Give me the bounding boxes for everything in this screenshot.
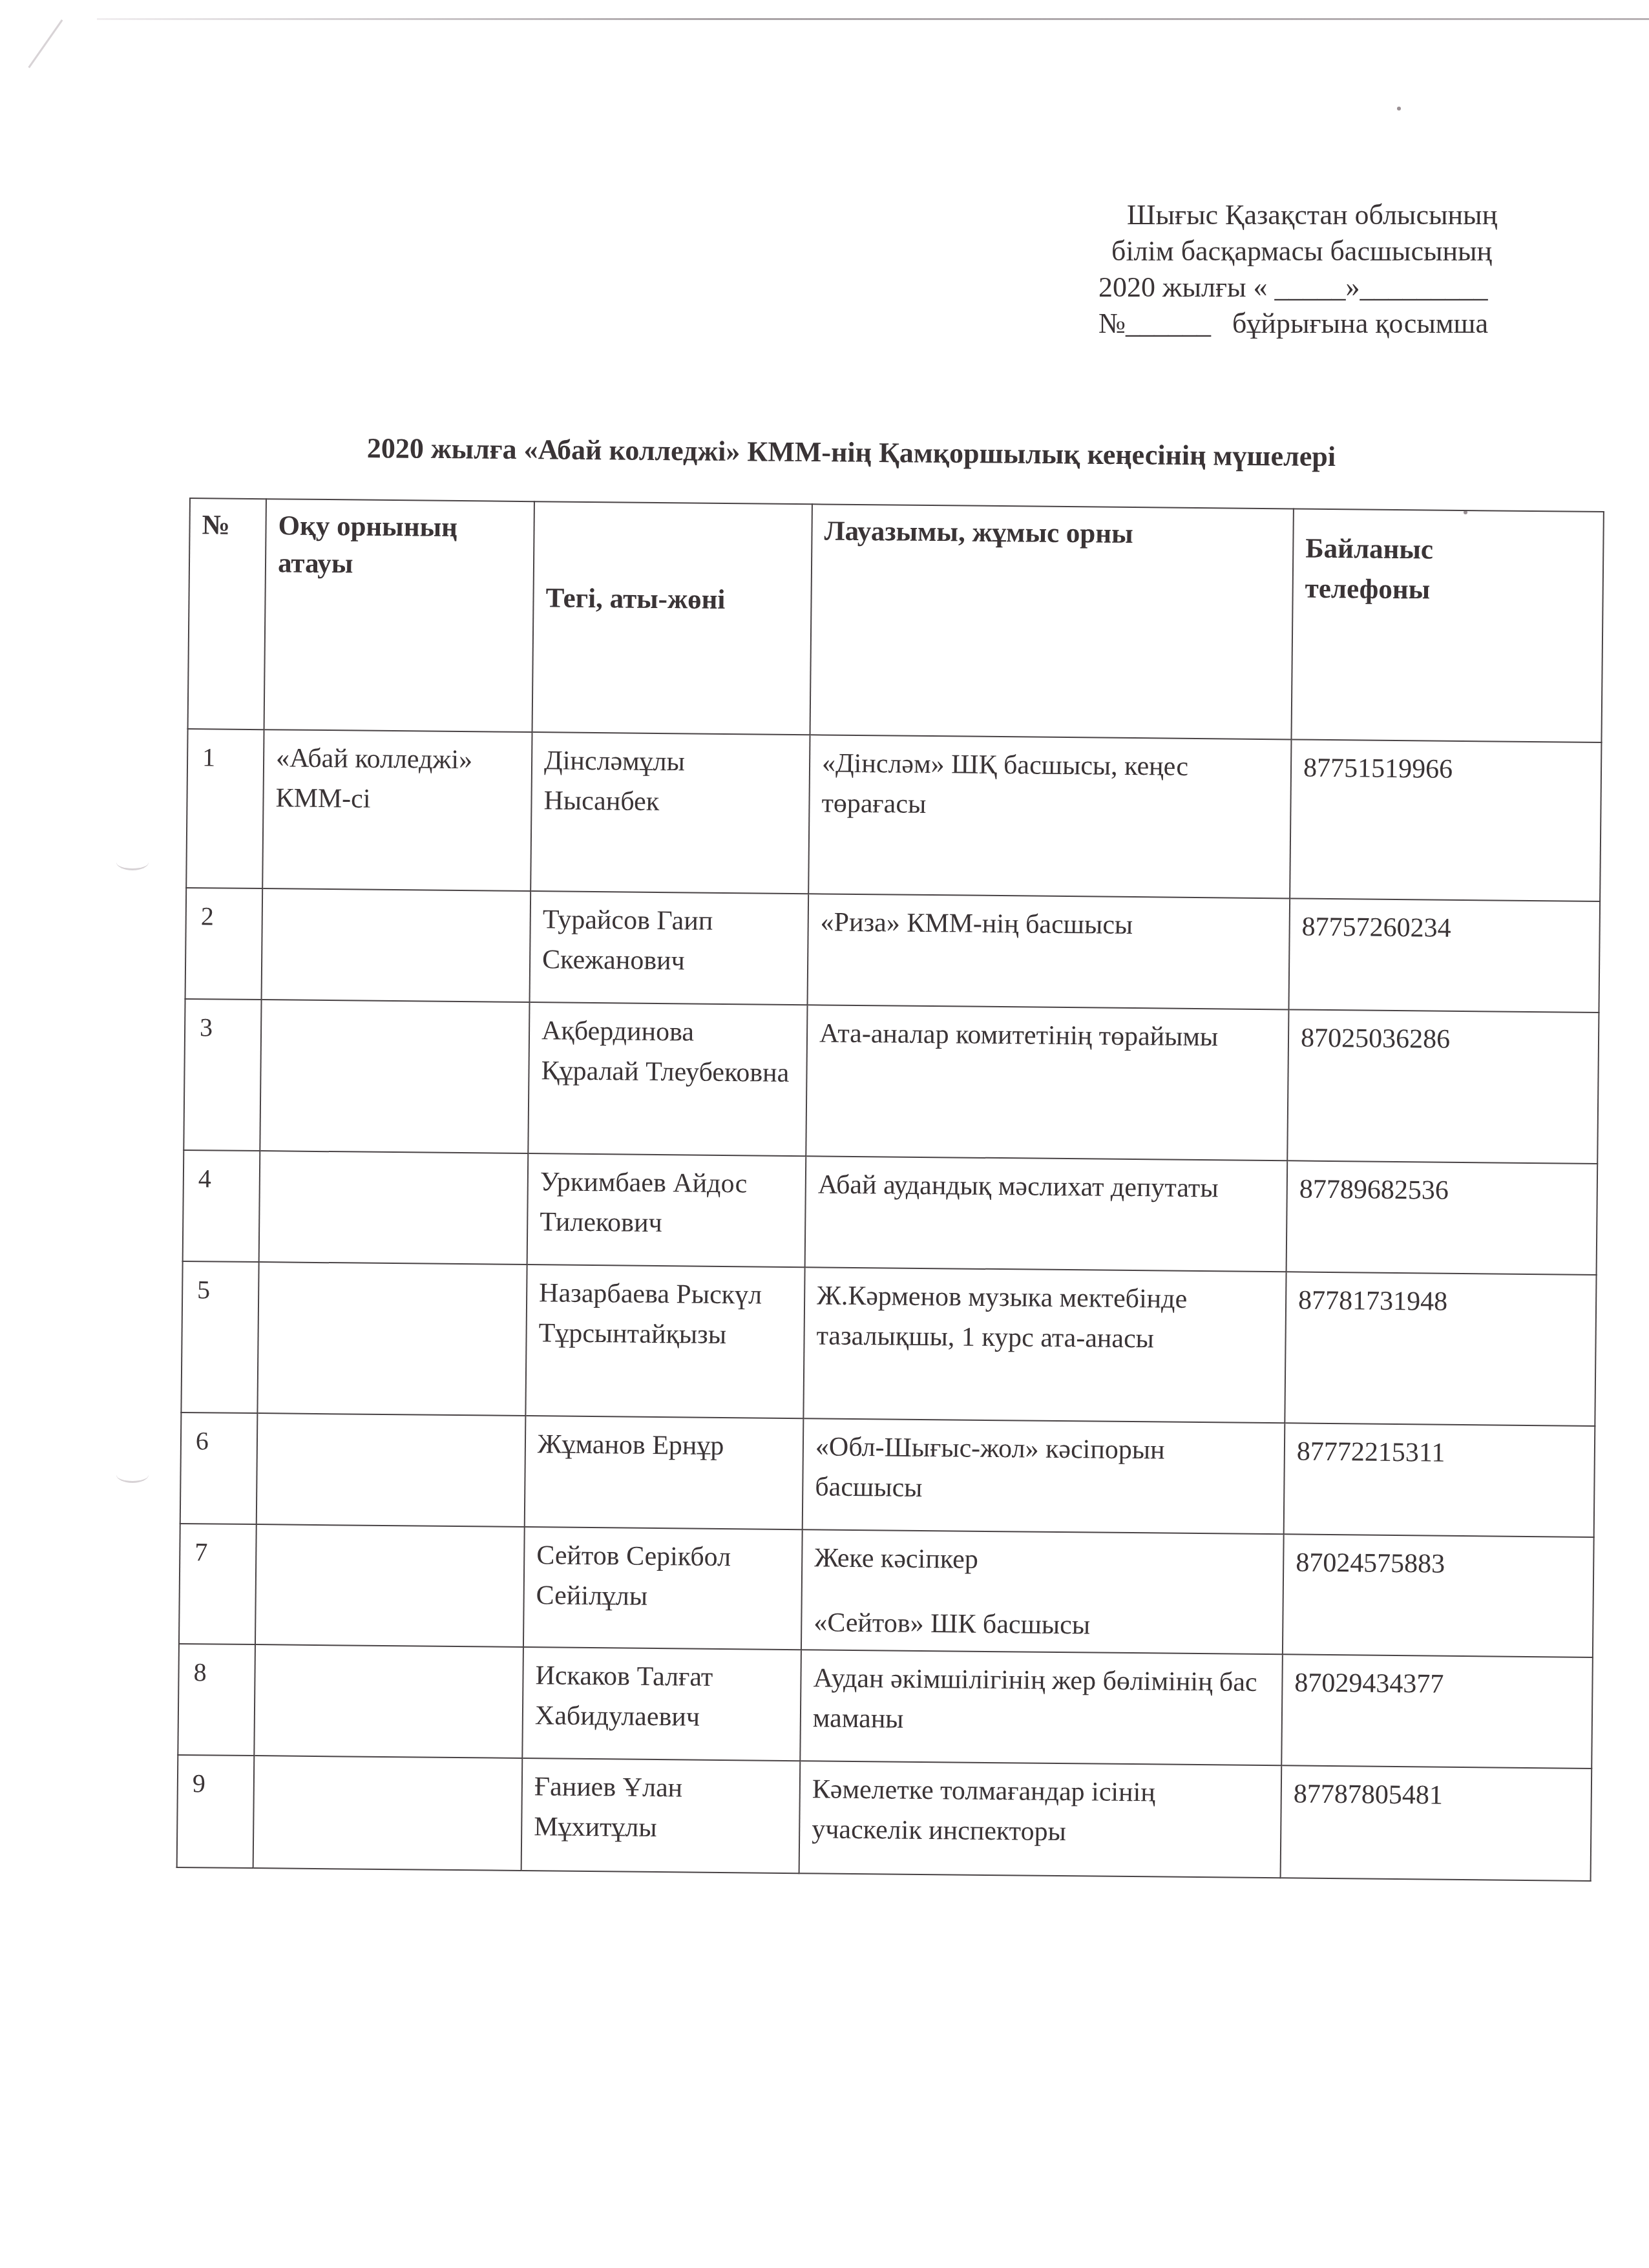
row-institution [255, 1524, 525, 1647]
row-full-name: Уркимбаев Айдос Тилекович [527, 1153, 806, 1267]
header-phone: Байланыс телефоны [1291, 509, 1603, 742]
row-institution [259, 1151, 529, 1265]
row-position: Жеке кәсіпкер«Сейтов» ШК басшысы [801, 1529, 1284, 1654]
position-spacer [814, 1578, 1271, 1607]
row-position: Аудан әкімшілігінің жер бөлімінің бас ма… [800, 1650, 1283, 1765]
row-phone: 87787805481 [1281, 1765, 1592, 1881]
header-number: № [188, 498, 266, 730]
punch-hole-mark [116, 854, 149, 870]
table-row: 6Жұманов Ернұр«Обл-Шығыс-жол» кәсіпорын … [180, 1412, 1595, 1537]
row-position: «Обл-Шығыс-жол» кәсіпорын басшысы [803, 1418, 1285, 1534]
table-row: 8Искаков Талғат ХабидулаевичАудан әкімші… [178, 1644, 1593, 1769]
table-row: 1«Абай колледжі» КММ-сіДінсләмұлы Нысанб… [186, 729, 1601, 901]
row-institution [257, 1413, 526, 1527]
row-phone: 87751519966 [1290, 739, 1601, 901]
table-row: 5Назарбаева Рыскүл ТұрсынтайқызыЖ.Кәрмен… [181, 1261, 1596, 1426]
row-position: Абай аудандық мәслихат депутаты [805, 1156, 1288, 1272]
row-number: 8 [178, 1644, 255, 1756]
header-institution: Оқу орнының атауы [264, 499, 534, 732]
row-full-name: Дінсләмұлы Нысанбек [530, 732, 810, 894]
table-row: 9Ғаниев Ұлан МұхитұлыКәмелетке толмағанд… [177, 1755, 1592, 1881]
row-institution [257, 1262, 527, 1416]
table-row: 4Уркимбаев Айдос ТилековичАбай аудандық … [183, 1150, 1598, 1275]
row-position: Ата-аналар комитетінің төрайымы [806, 1005, 1288, 1160]
members-table: № Оқу орнының атауы Тегі, аты-жөні Лауаз… [176, 498, 1604, 1882]
row-phone: 87789682536 [1287, 1160, 1598, 1275]
row-position-text: Аудан әкімшілігінің жер бөлімінің бас ма… [813, 1663, 1257, 1734]
header-position: Лауазымы, жұмыс орны [810, 504, 1294, 739]
row-phone: 87024575883 [1283, 1534, 1594, 1657]
row-phone: 87757260234 [1288, 898, 1600, 1013]
row-full-name: Ғаниев Ұлан Мұхитұлы [521, 1758, 801, 1873]
table-row: 7Сейтов Серікбол СейілұлыЖеке кәсіпкер«С… [179, 1524, 1594, 1657]
scan-page-edge [97, 18, 1649, 20]
approval-line: Шығыс Қазақстан облысының [1098, 197, 1564, 233]
row-position-text: Жеке кәсіпкер [814, 1543, 978, 1574]
row-position-text: Абай аудандық мәслихат депутаты [818, 1170, 1219, 1203]
document-title: 2020 жылға «Абай колледжі» КММ-нің Қамқо… [367, 432, 1504, 474]
row-full-name: Назарбаева Рыскүл Тұрсынтайқызы [525, 1265, 804, 1418]
table-row: 3Ақбердинова Құралай ТлеубековнаАта-анал… [184, 999, 1599, 1164]
row-position: Кәмелетке толмағандар ісінің учаскелік и… [799, 1761, 1282, 1878]
header-full-name: Тегі, аты-жөні [532, 501, 812, 735]
row-full-name: Сейтов Серікбол Сейілұлы [523, 1527, 803, 1650]
row-institution: «Абай колледжі» КММ-сі [262, 730, 532, 891]
row-position-text: «Обл-Шығыс-жол» кәсіпорын басшысы [815, 1432, 1165, 1503]
table-row: 2Турайсов Гаип Скежанович«Риза» КММ-нің … [185, 888, 1601, 1013]
row-institution [260, 1000, 529, 1153]
scan-speck [1397, 107, 1401, 110]
row-phone: 87772215311 [1284, 1423, 1595, 1537]
header-phone-line2: телефоны [1305, 574, 1430, 605]
row-phone: 87029434377 [1281, 1654, 1593, 1769]
approval-order-line: №______ бұйрығына қосымша [1098, 306, 1564, 342]
row-position-text: «Риза» КММ-нің басшысы [821, 907, 1133, 940]
approval-block: Шығыс Қазақстан облысының білім басқарма… [1098, 197, 1564, 342]
row-institution [262, 888, 531, 1002]
row-position-extra-text: «Сейтов» ШК басшысы [814, 1608, 1090, 1640]
row-position-text: Ата-аналар комитетінің төрайымы [819, 1018, 1219, 1052]
row-number: 1 [186, 729, 264, 888]
approval-date-line: 2020 жылғы « _____»_________ [1098, 269, 1564, 306]
row-number: 9 [177, 1755, 255, 1868]
approval-line: білім басқармасы басшысының [1098, 233, 1564, 269]
row-full-name: Жұманов Ернұр [525, 1416, 804, 1529]
row-phone: 87025036286 [1287, 1009, 1599, 1164]
row-full-name: Искаков Талғат Хабидулаевич [522, 1647, 801, 1761]
table-header-row: № Оқу орнының атауы Тегі, аты-жөні Лауаз… [188, 498, 1604, 742]
row-number: 7 [179, 1524, 257, 1644]
row-institution [254, 1644, 523, 1758]
row-position-text: Ж.Кәрменов музыка мектебінде тазалықшы, … [816, 1281, 1187, 1354]
scan-page-fold [28, 19, 63, 68]
row-position-text: Кәмелетке толмағандар ісінің учаскелік и… [812, 1774, 1155, 1847]
row-number: 2 [185, 888, 263, 1000]
row-institution [253, 1756, 523, 1871]
row-number: 5 [181, 1261, 258, 1413]
punch-hole-mark [116, 1467, 149, 1483]
row-number: 3 [184, 999, 261, 1151]
row-position: Ж.Кәрменов музыка мектебінде тазалықшы, … [803, 1267, 1286, 1423]
row-full-name: Ақбердинова Құралай Тлеубековна [528, 1002, 807, 1156]
row-position-text: «Дінсләм» ШҚ басшысы, кеңес төрағасы [821, 748, 1188, 819]
header-phone-line1: Байланыс [1305, 534, 1433, 565]
row-position: «Дінсләм» ШҚ басшысы, кеңес төрағасы [808, 735, 1291, 898]
row-position: «Риза» КММ-нің басшысы [808, 894, 1290, 1009]
row-full-name: Турайсов Гаип Скежанович [530, 891, 809, 1005]
row-phone: 87781731948 [1285, 1272, 1596, 1426]
row-number: 6 [180, 1412, 258, 1524]
row-number: 4 [183, 1150, 260, 1262]
